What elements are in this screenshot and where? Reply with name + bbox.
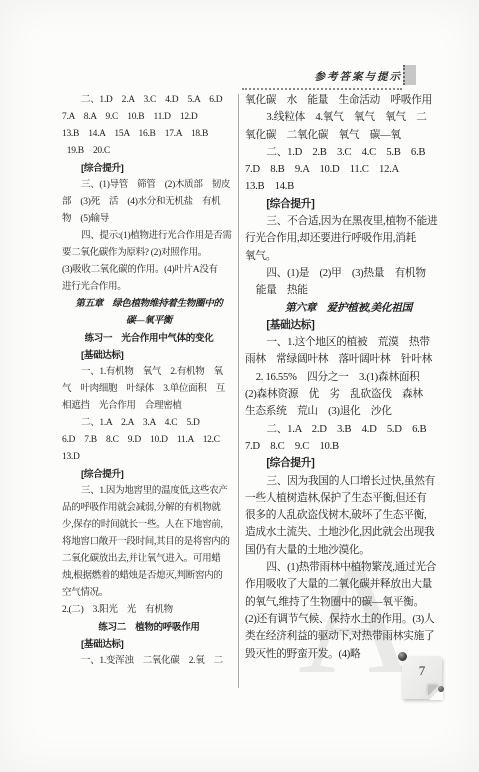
text-line: 的氧气,维持了生物圈中的碳—氧平衡。 (245, 594, 452, 611)
text-line: 氧气。 (245, 248, 452, 265)
header-dotted-rule (242, 88, 402, 90)
text-line: 一些人植树造林,保护了生态平衡,但还有 (245, 490, 452, 507)
text-line: 行光合作用,却还要进行呼吸作用,消耗 (245, 230, 452, 247)
text-line: 三、不合适,因为在黑夜里,植物不能进 (245, 213, 452, 230)
text-line: 二、1.A 2.A 3.A 4.C 5.D (62, 415, 236, 432)
text-line: 相遮挡 光合作用 合理密植 (62, 398, 236, 415)
text-line: 品的呼吸作用就会减弱,分解的有机物就 (62, 500, 236, 517)
text-line: [综合提升] (245, 455, 452, 472)
text-line: 造成水土流失、土地沙化,因此就会出现我 (245, 524, 452, 541)
text-line: 3.线粒体 4.氧气 氧气 氧气 二 (245, 109, 452, 126)
text-line: [综合提升] (62, 466, 236, 483)
text-line: 第五章 绿色植物维持着生物圈中的 (62, 296, 236, 313)
corner-dot-icon (438, 686, 444, 692)
text-line: 空气情况。 (62, 585, 236, 602)
text-line: [基础达标] (62, 347, 236, 364)
text-line: 进行光合作用。 (62, 279, 236, 296)
right-text-column: 氧化碳 水 能量 生命活动 呼吸作用 3.线粒体 4.氧气 氧气 氧气 二 氧化… (245, 92, 452, 663)
text-line: 部 (3)死 活 (4)水分和无机盐 有机 (62, 194, 236, 211)
text-line: [综合提升] (62, 160, 236, 177)
text-line: 少,保存的时间就长一些。人在下地窖前, (62, 517, 236, 534)
text-line: 国仍有大量的土地沙漠化。 (245, 542, 452, 559)
scanned-answer-page: A 参考答案与提示 二、1.D 2.A 3.C 4.D 5.A 6.D 7.A … (0, 0, 479, 772)
text-line: 三、(1)导管 筛管 (2)木质部 韧皮 (62, 177, 236, 194)
text-line: 一、1.变浑浊 二氧化碳 2.氧 二 (62, 653, 236, 670)
text-line: 作用吸收了大量的二氧化碳并释放出大量 (245, 576, 452, 593)
text-line: 7.A 8.A 9.C 10.B 11.D 12.D (62, 109, 236, 126)
text-line: 二、1.D 2.B 3.C 4.C 5.B 6.B (245, 144, 452, 161)
text-line: (2)森林资源 优 劣 乱砍盗伐 森林 (245, 386, 452, 403)
text-line: 一、1.有机物 氧气 2.有机物 氧 (62, 364, 236, 381)
text-line: 氧化碳 二氧化碳 氧气 碳—氧 (245, 127, 452, 144)
text-line: 19.B 20.C (62, 143, 236, 160)
text-line: 三、1.因为地窖里的温度低,这些农产 (62, 483, 236, 500)
pin-icon (398, 652, 407, 661)
text-line: 雨林 常绿阔叶林 落叶阔叶林 针叶林 (245, 351, 452, 368)
text-line: 碳—氧平衡 (62, 313, 236, 330)
text-line: 四、提示:(1)植物进行光合作用是否需 (62, 228, 236, 245)
header-tab-marker (403, 65, 416, 85)
text-line: 13.B 14.A 15A 16.B 17.A 18.B (62, 126, 236, 143)
text-line: 第六章 爱护植被,美化祖国 (245, 300, 452, 317)
text-line: 氧化碳 水 能量 生命活动 呼吸作用 (245, 92, 452, 109)
text-line: 一、1.这个地区的植被 荒漠 热带 (245, 334, 452, 351)
text-line: 类在经济利益的驱动下,对热带雨林实施了 (245, 628, 452, 645)
text-line: 6.D 7.B 8.C 9.D 10.D 11.A 12.C (62, 432, 236, 449)
text-line: 2.(二) 3.阳光 光 有机物 (62, 602, 236, 619)
text-line: 二氧化碳放出去,并让氧气进入。可用蜡 (62, 551, 236, 568)
text-line: 生态系统 荒山 (3)退化 沙化 (245, 403, 452, 420)
text-line: 13.D (62, 449, 236, 466)
text-line: 气 叶肉细胞 叶绿体 3.单位面积 互 (62, 381, 236, 398)
column-divider-line (238, 94, 239, 688)
text-line: (3)吸收二氧化碳的作用。(4)叶片A没有 (62, 262, 236, 279)
text-line: [基础达标] (245, 317, 452, 334)
text-line: 能量 热能 (245, 282, 452, 299)
text-line: 很多的人乱砍盗伐树木,破坏了生态平衡, (245, 507, 452, 524)
text-line: 四、(1)热带雨林中植物繁茂,通过光合 (245, 559, 452, 576)
text-line: 要二氧化碳作为原料? (2)对照作用。 (62, 245, 236, 262)
text-line: 7.D 8.C 9.C 10.B (245, 438, 452, 455)
text-line: 二、1.A 2.D 3.B 4.D 5.D 6.B (245, 421, 452, 438)
text-line: 物 (5)输导 (62, 211, 236, 228)
page-header-title: 参考答案与提示 (312, 69, 402, 84)
text-line: 四、(1)是 (2)甲 (3)热量 有机物 (245, 265, 452, 282)
text-line: 将地窖口敞开一段时间,其目的是将窖内的 (62, 534, 236, 551)
text-line: [综合提升] (245, 196, 452, 213)
text-line: 练习一 光合作用中气体的变化 (62, 330, 236, 347)
text-line: 烛,根据燃着的蜡烛是否熄灭,判断窖内的 (62, 568, 236, 585)
text-line: 练习二 植物的呼吸作用 (62, 619, 236, 636)
text-line: 三、因为我国的人口增长过快,虽然有 (245, 473, 452, 490)
page-number-note: 7 (402, 656, 442, 699)
page-number: 7 (402, 663, 442, 679)
left-text-column: 二、1.D 2.A 3.C 4.D 5.A 6.D 7.A 8.A 9.C 10… (62, 92, 236, 670)
text-line: 2. 16.55% 四分之一 3.(1)森林面积 (245, 369, 452, 386)
text-line: 13.B 14.B (245, 178, 452, 195)
text-line: 二、1.D 2.A 3.C 4.D 5.A 6.D (62, 92, 236, 109)
text-line: [基础达标] (62, 636, 236, 653)
text-line: 7.D 8.B 9.A 10.D 11.C 12.A (245, 161, 452, 178)
text-line: (2)还有调节气候、保持水土的作用。(3)人 (245, 611, 452, 628)
